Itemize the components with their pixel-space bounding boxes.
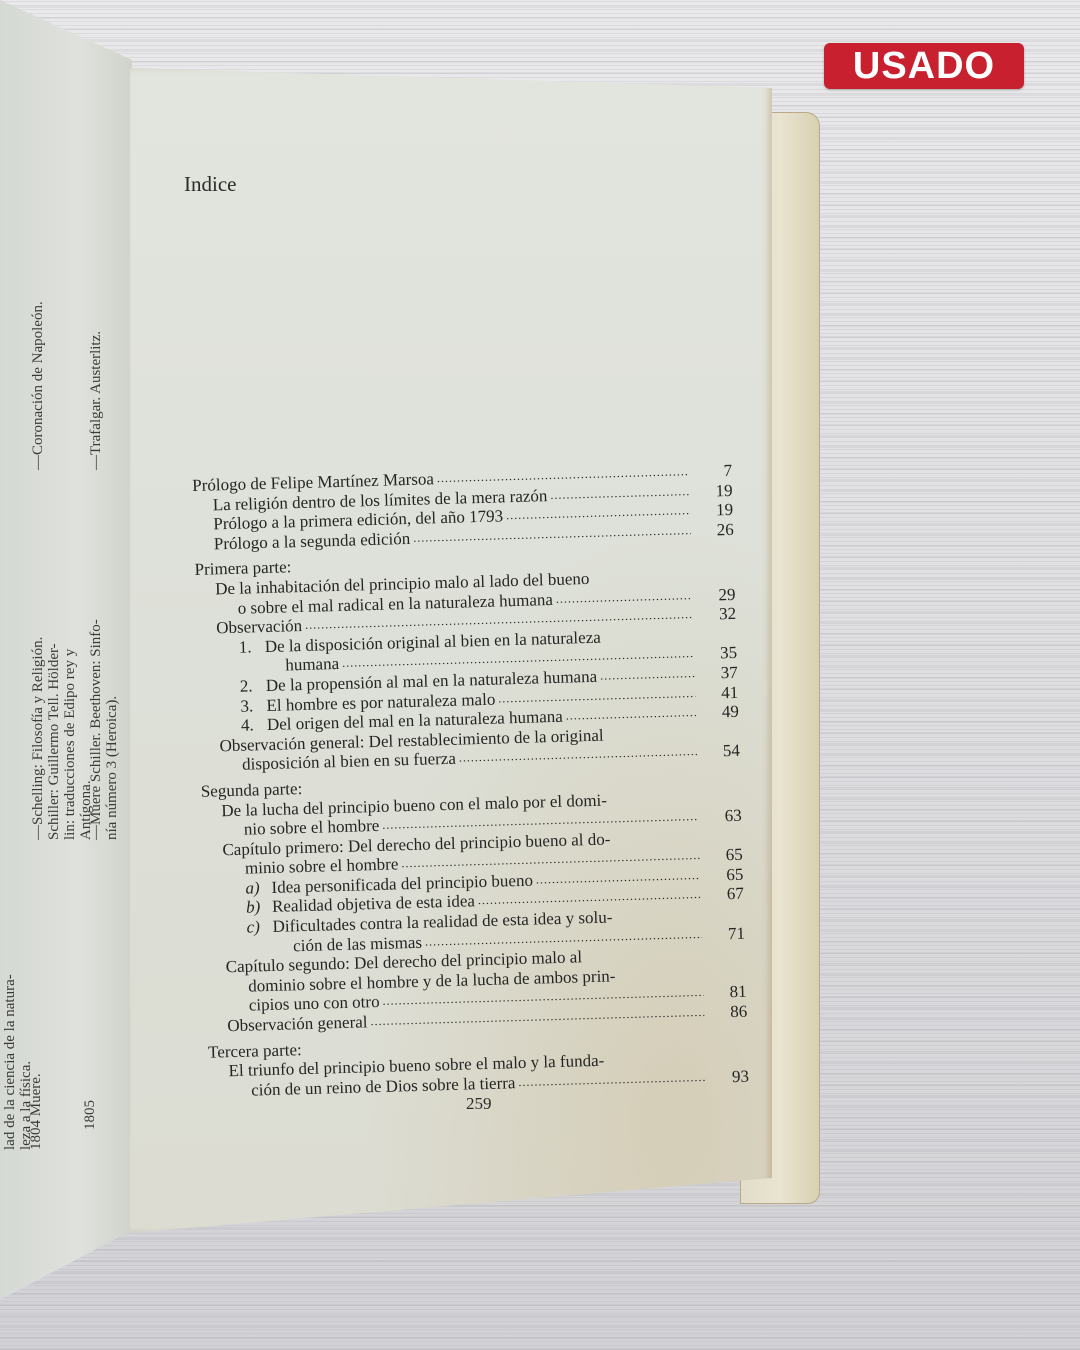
left-page-line: —Muere Schiller. Beethoven: Sinfo- <box>88 619 104 840</box>
toc-entry-text: Tercera parte: <box>208 1040 302 1062</box>
toc-entry-page: 67 <box>704 884 745 905</box>
toc-entry-page: 49 <box>699 702 740 723</box>
toc-entry-label: c) <box>246 917 273 937</box>
page-title: Indice <box>184 172 236 197</box>
toc-entry-page: 35 <box>697 643 738 664</box>
dot-leader <box>600 664 695 686</box>
left-page-line: lin: traducciones de Edipo rey y <box>62 649 78 840</box>
left-page-line: 1805 <box>82 1100 98 1130</box>
toc-entry-page: 63 <box>701 806 742 827</box>
toc-entry-page: 54 <box>700 741 741 762</box>
toc-entry-label: b) <box>246 897 273 917</box>
toc-entry-page: 37 <box>697 663 738 684</box>
toc-entry-text: Observación general <box>227 1012 368 1036</box>
toc-entry-label: a) <box>245 878 272 898</box>
toc-entry-page: 29 <box>695 584 736 605</box>
toc-entry-page: 65 <box>703 845 744 866</box>
left-page-line: Schiller: Guillermo Tell. Hölder- <box>46 643 62 840</box>
toc-entry-label: 1. <box>239 637 266 657</box>
table-of-contents: Prólogo de Felipe Martínez Marsoa7La rel… <box>192 461 749 1101</box>
left-page-line: —Schelling: Filosofía y Religión. <box>30 637 46 840</box>
toc-entry-page: 26 <box>693 520 734 541</box>
left-page-line: lad de la ciencia de la natura- <box>2 974 18 1150</box>
toc-entry-page: 32 <box>696 604 737 625</box>
toc-entry-text: Observación <box>216 616 302 638</box>
toc-entry-page: 81 <box>706 982 747 1003</box>
toc-entry-label: 2. <box>240 676 267 696</box>
toc-entry-page: 71 <box>705 923 746 944</box>
toc-entry-label: 3. <box>240 696 267 716</box>
left-page-line: —Coronación de Napoleón. <box>30 301 46 470</box>
left-page-line: —Trafalgar. Austerlitz. <box>88 331 104 470</box>
toc-entry-page: 65 <box>703 865 744 886</box>
toc-entry-page: 93 <box>709 1066 750 1087</box>
page-number: 259 <box>466 1094 492 1114</box>
toc-entry-page: 19 <box>693 500 734 521</box>
toc-entry-text: Primera parte: <box>194 558 291 580</box>
toc-entry-page: 19 <box>692 481 733 502</box>
toc-entry-text: humana <box>285 654 339 675</box>
toc-entry-page: 41 <box>698 682 739 703</box>
left-page-line: 1804 Muere. <box>28 1073 44 1150</box>
toc-entry-label: 4. <box>241 715 268 735</box>
toc-entry-page: 86 <box>707 1002 748 1023</box>
left-page-line: nía número 3 (Heroica). <box>104 696 120 840</box>
left-page: —Coronación de Napoleón.—Trafalgar. Aust… <box>0 0 132 1350</box>
toc-entry-page: 7 <box>692 461 733 482</box>
used-badge: USADO <box>824 43 1024 89</box>
